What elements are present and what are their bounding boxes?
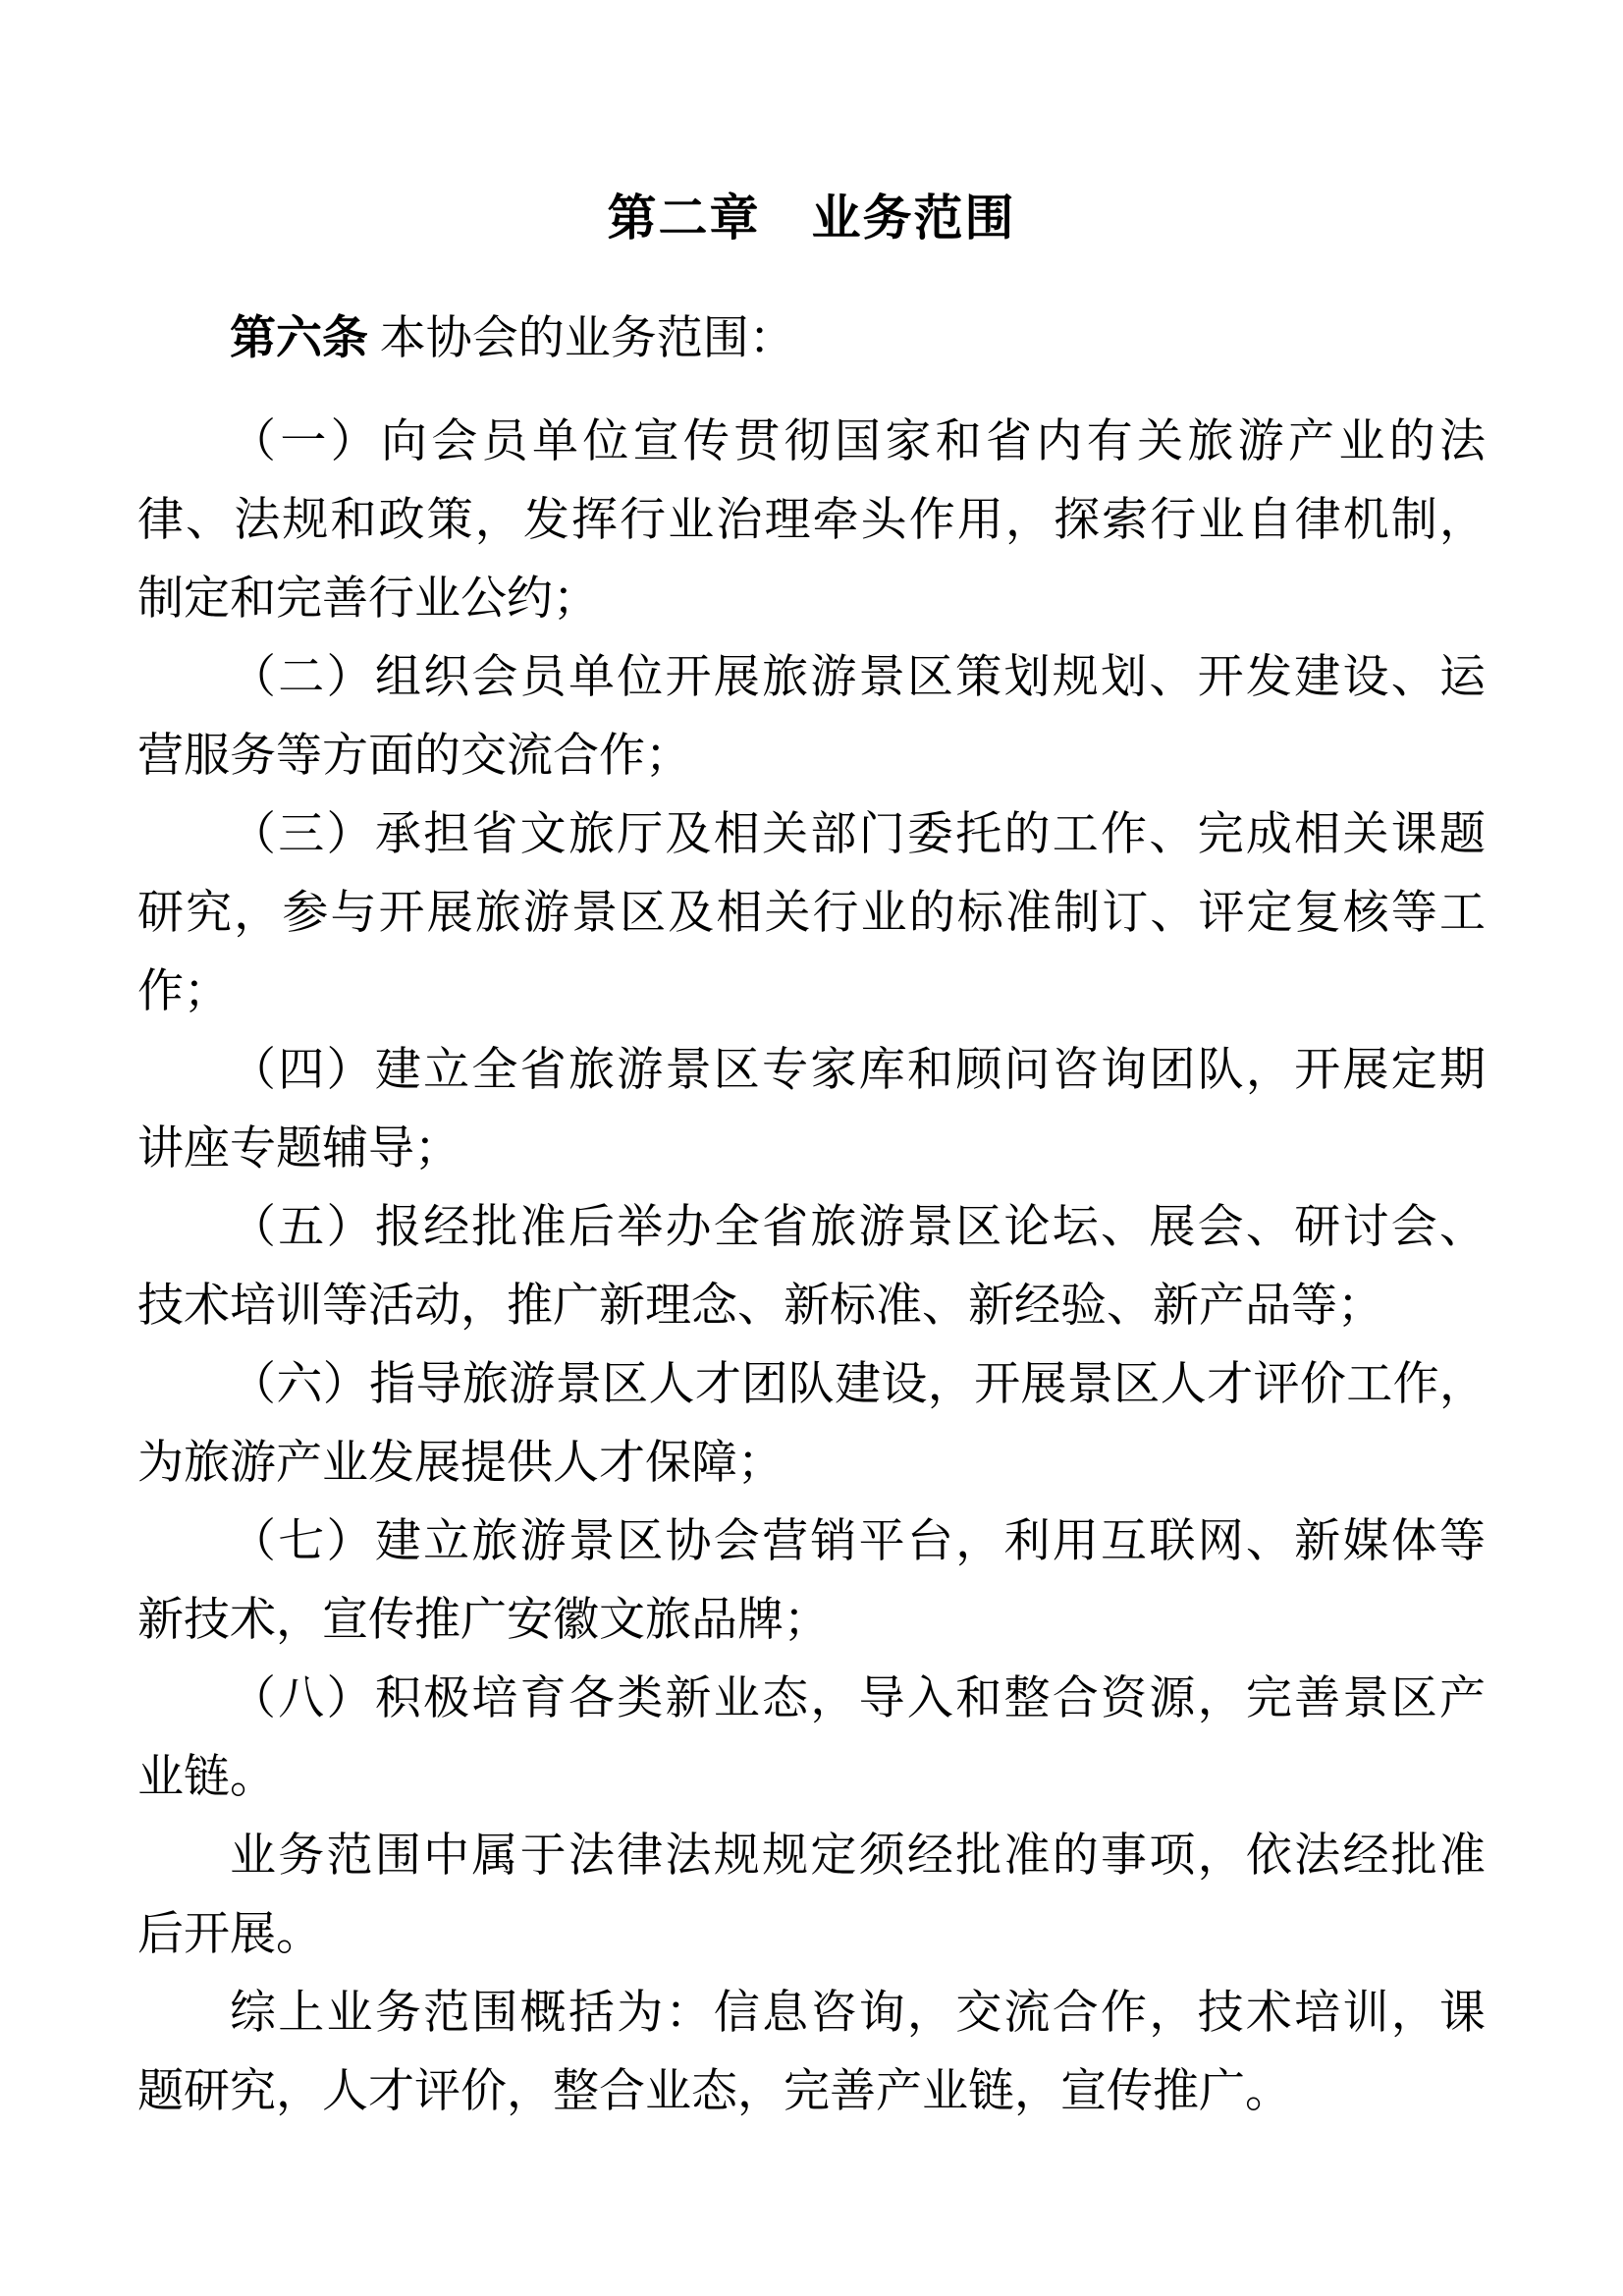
text-line: 制定和完善行业公约； — [137, 560, 1486, 638]
text-line: 为旅游产业发展提供人才保障； — [137, 1424, 1486, 1503]
paragraph: （一）向会员单位宣传贯彻国家和省内有关旅游产业的法律、法规和政策，发挥行业治理牵… — [137, 403, 1486, 638]
text-line: （六）指导旅游景区人才团队建设，开展景区人才评价工作， — [137, 1345, 1486, 1424]
text-line: （五）报经批准后举办全省旅游景区论坛、展会、研讨会、 — [137, 1188, 1486, 1267]
paragraph: 综上业务范围概括为：信息咨询，交流合作，技术培训，课题研究，人才评价，整合业态，… — [137, 1974, 1486, 2131]
text-line: 营服务等方面的交流合作； — [137, 717, 1486, 795]
text-line: 业链。 — [137, 1738, 1486, 1817]
text-line: （四）建立全省旅游景区专家库和顾问咨询团队，开展定期 — [137, 1031, 1486, 1110]
paragraph: （四）建立全省旅游景区专家库和顾问咨询团队，开展定期讲座专题辅导； — [137, 1031, 1486, 1188]
paragraph: 业务范围中属于法律法规规定须经批准的事项，依法经批准后开展。 — [137, 1817, 1486, 1974]
document-body: 第六条 本协会的业务范围：（一）向会员单位宣传贯彻国家和省内有关旅游产业的法律、… — [137, 300, 1486, 2131]
text-line: 题研究，人才评价，整合业态，完善产业链，宣传推广。 — [137, 2052, 1486, 2131]
text-line: 综上业务范围概括为：信息咨询，交流合作，技术培训，课 — [137, 1974, 1486, 2052]
paragraph: （二）组织会员单位开展旅游景区策划规划、开发建设、运营服务等方面的交流合作； — [137, 638, 1486, 795]
text-line: 作； — [137, 953, 1486, 1031]
paragraph: （三）承担省文旅厅及相关部门委托的工作、完成相关课题研究，参与开展旅游景区及相关… — [137, 795, 1486, 1031]
article-number: 第六条 — [230, 313, 368, 364]
paragraph: （五）报经批准后举办全省旅游景区论坛、展会、研讨会、技术培训等活动，推广新理念、… — [137, 1188, 1486, 1345]
text-line: （一）向会员单位宣传贯彻国家和省内有关旅游产业的法 — [137, 403, 1486, 481]
text-line: 研究，参与开展旅游景区及相关行业的标准制订、评定复核等工 — [137, 874, 1486, 953]
text-line: 律、法规和政策，发挥行业治理牵头作用，探索行业自律机制， — [137, 481, 1486, 560]
paragraph: （七）建立旅游景区协会营销平台，利用互联网、新媒体等新技术，宣传推广安徽文旅品牌… — [137, 1503, 1486, 1660]
paragraph: （八）积极培育各类新业态，导入和整合资源，完善景区产业链。 — [137, 1660, 1486, 1817]
text-line: （七）建立旅游景区协会营销平台，利用互联网、新媒体等 — [137, 1503, 1486, 1581]
chapter-title: 第二章 业务范围 — [137, 191, 1486, 245]
paragraph: 第六条 本协会的业务范围： — [137, 300, 1486, 378]
text-line: 讲座专题辅导； — [137, 1110, 1486, 1188]
text-line: 业务范围中属于法律法规规定须经批准的事项，依法经批准 — [137, 1817, 1486, 1895]
text-line: 新技术，宣传推广安徽文旅品牌； — [137, 1581, 1486, 1660]
text-line: （二）组织会员单位开展旅游景区策划规划、开发建设、运 — [137, 638, 1486, 717]
text-line: 技术培训等活动，推广新理念、新标准、新经验、新产品等； — [137, 1267, 1486, 1345]
paragraph: （六）指导旅游景区人才团队建设，开展景区人才评价工作，为旅游产业发展提供人才保障… — [137, 1345, 1486, 1503]
document-page: 第二章 业务范围 第六条 本协会的业务范围：（一）向会员单位宣传贯彻国家和省内有… — [0, 0, 1623, 2296]
text-line: 后开展。 — [137, 1895, 1486, 1974]
text-line: （八）积极培育各类新业态，导入和整合资源，完善景区产 — [137, 1660, 1486, 1738]
text-line: 第六条 本协会的业务范围： — [137, 300, 1486, 378]
text-line: （三）承担省文旅厅及相关部门委托的工作、完成相关课题 — [137, 795, 1486, 874]
